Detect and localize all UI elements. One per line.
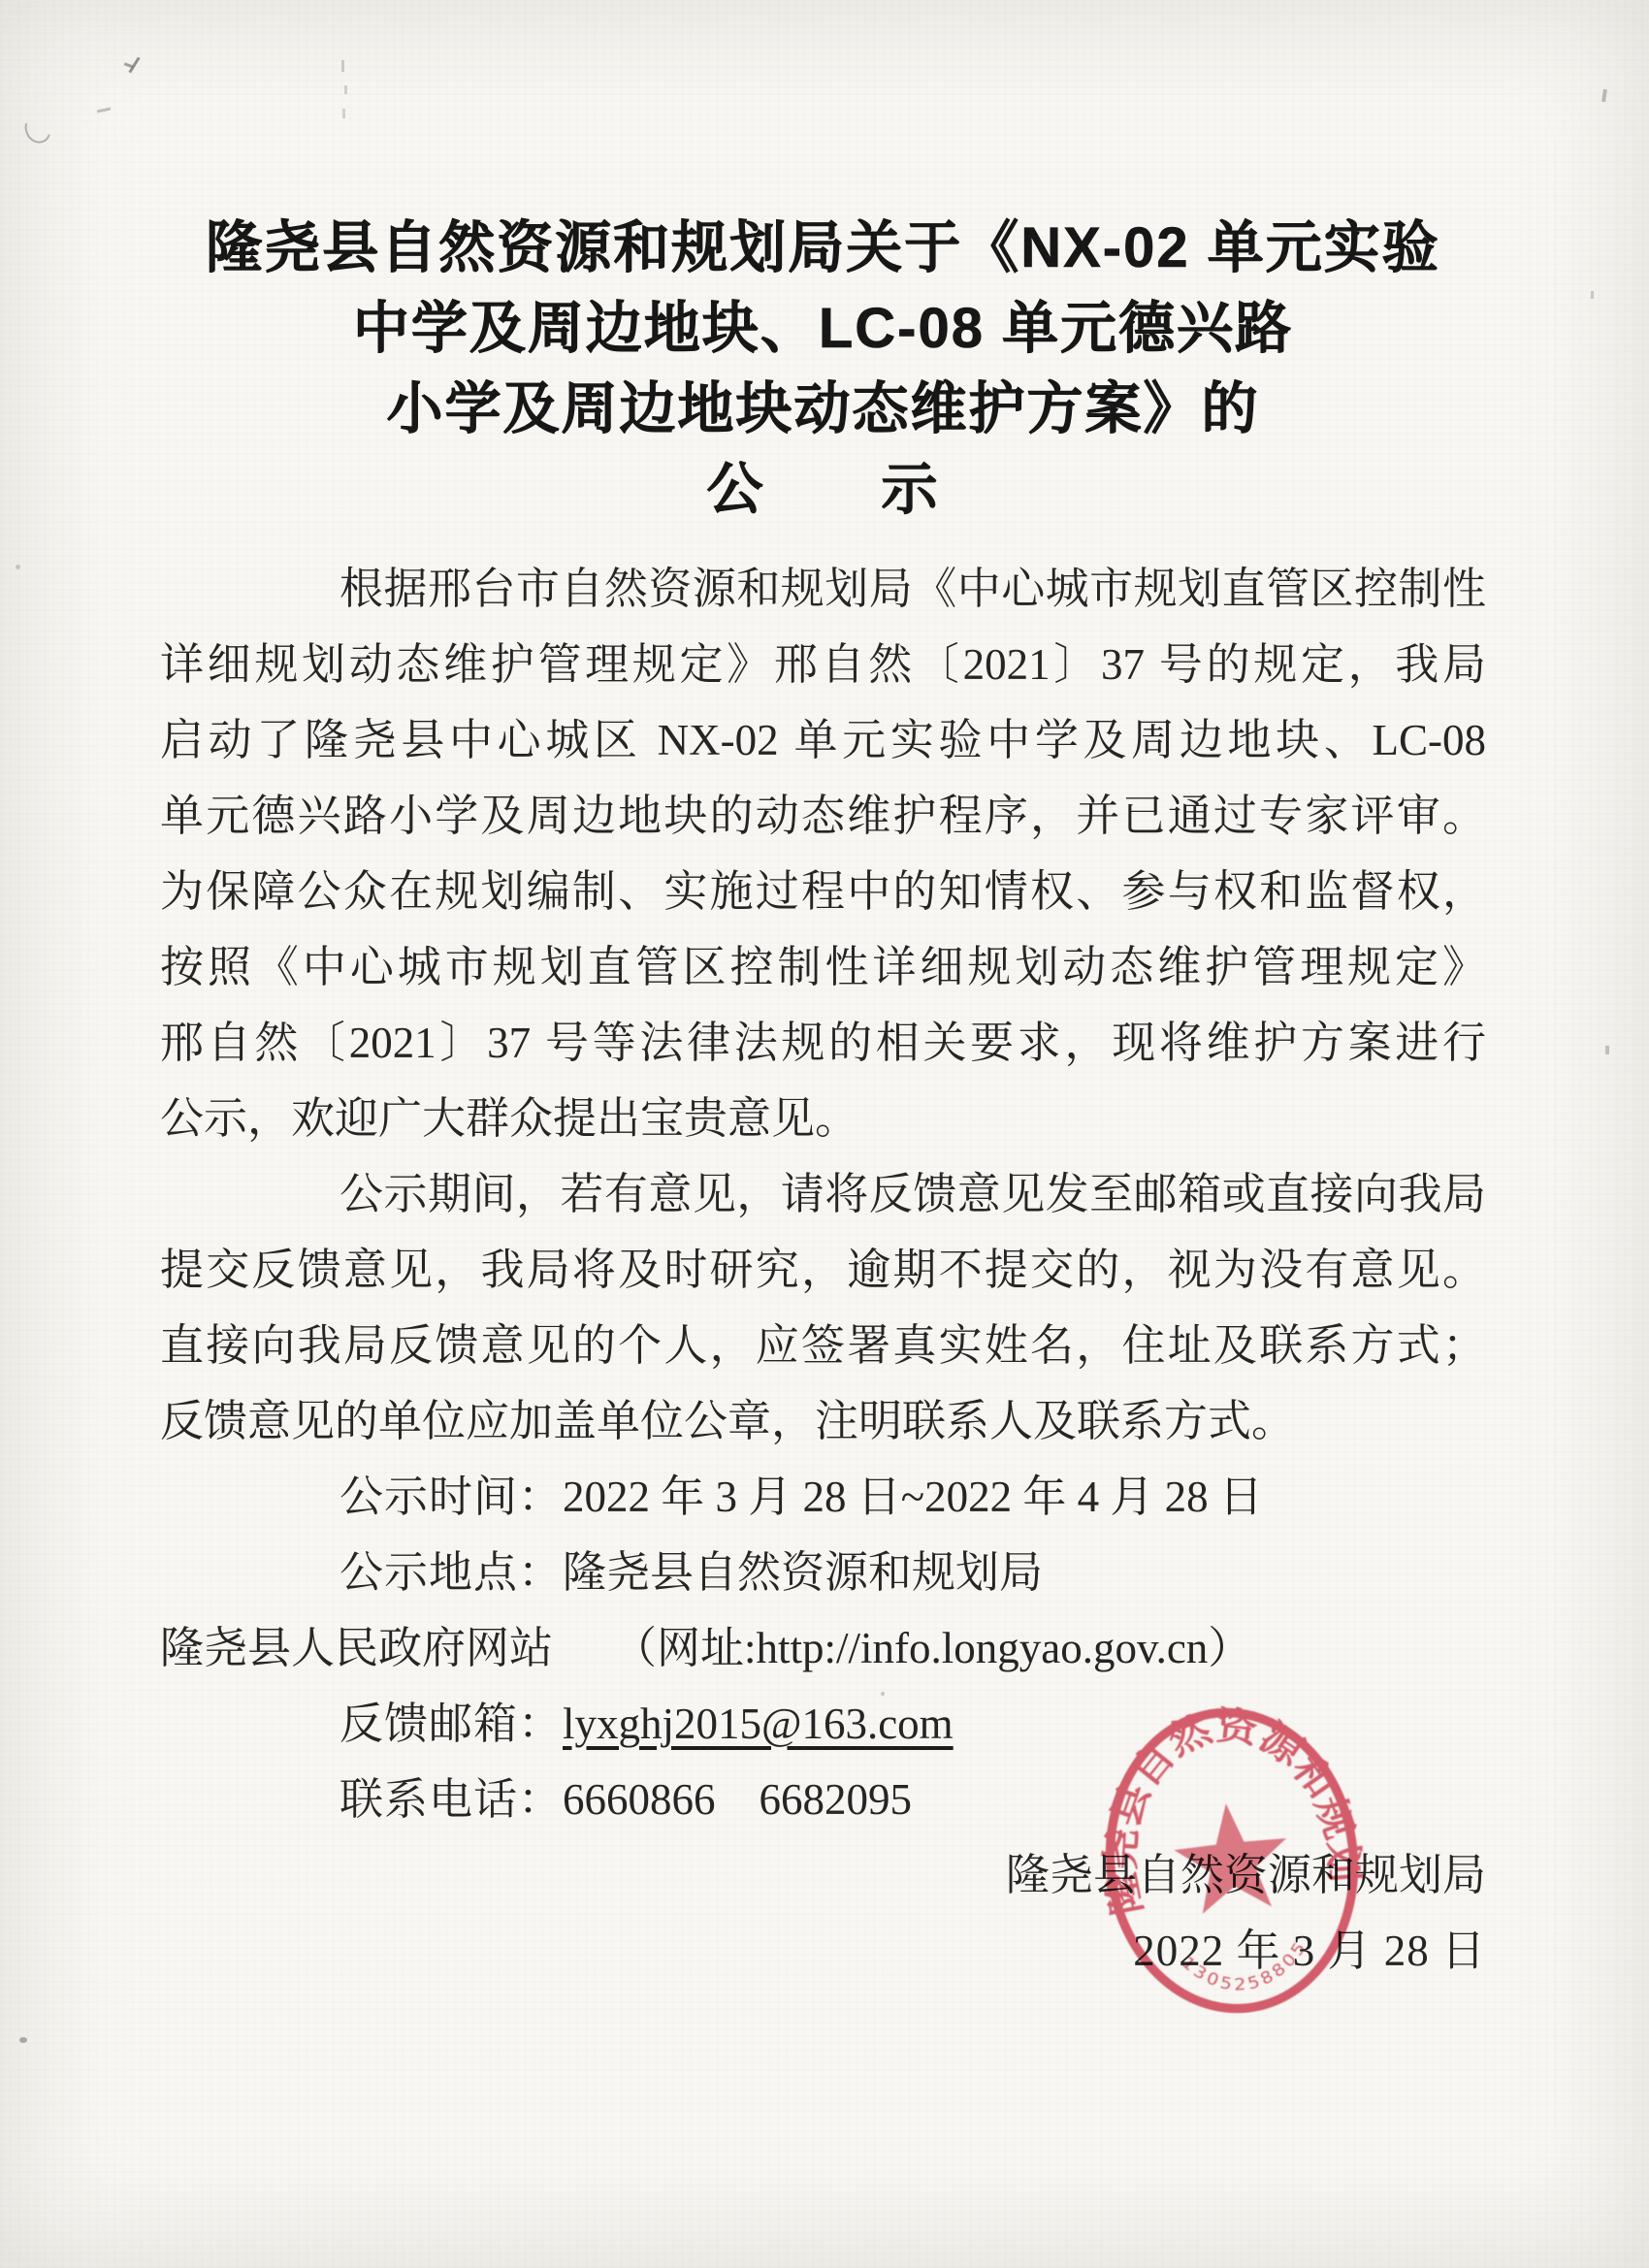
government-website-name: 隆尧县人民政府网站 [160, 1624, 553, 1672]
notice-document: 隆尧县自然资源和规划局关于《NX-02 单元实验 中学及周边地块、LC-08 单… [160, 0, 1486, 1989]
contact-phone-value: 6660866 6682095 [563, 1775, 912, 1824]
publicity-period-value: 2022 年 3 月 28 日~2022 年 4 月 28 日 [563, 1473, 1263, 1521]
body-line: 提交反馈意见，我局将及时研究，逾期不提交的，视为没有意见。 [160, 1232, 1486, 1308]
title-line-gongshi: 公 示 [160, 449, 1486, 530]
scan-speck [128, 57, 140, 74]
publicity-place-line: 公示地点：隆尧县自然资源和规划局 [160, 1535, 1486, 1610]
body-line: 单元德兴路小学及周边地块的动态维护程序，并已通过专家评审。 [160, 778, 1486, 854]
body-line: 公示，欢迎广大群众提出宝贵意见。 [160, 1081, 1486, 1156]
scan-speck [124, 62, 134, 68]
body-line: 公示期间，若有意见，请将反馈意见发至邮箱或直接向我局 [160, 1156, 1486, 1232]
body-line: 反馈意见的单位应加盖单位公章，注明联系人及联系方式。 [160, 1383, 1486, 1459]
scan-speck [97, 108, 111, 113]
publicity-place-label: 公示地点： [339, 1548, 563, 1597]
publicity-period-line: 公示时间：2022 年 3 月 28 日~2022 年 4 月 28 日 [160, 1459, 1486, 1535]
title-line-1: 隆尧县自然资源和规划局关于《NX-02 单元实验 [160, 208, 1486, 288]
body-line: 详细规划动态维护管理规定》邢自然〔2021〕37 号的规定，我局 [160, 627, 1486, 702]
scan-speck [19, 2037, 27, 2043]
feedback-email-label: 反馈邮箱： [339, 1700, 563, 1748]
government-website-url: （网址:http://info.longyao.gov.cn） [613, 1624, 1251, 1672]
official-seal: 隆尧县自然资源和规划局 1305258805427 [1082, 1686, 1381, 2034]
title-line-2: 中学及周边地块、LC-08 单元德兴路 [160, 288, 1486, 369]
feedback-email-value: lyxghj2015@163.com [563, 1700, 954, 1748]
body-line: 直接向我局反馈意见的个人，应签署真实姓名，住址及联系方式； [160, 1308, 1486, 1383]
body-line: 根据邢台市自然资源和规划局《中心城市规划直管区控制性 [160, 551, 1486, 627]
publicity-period-label: 公示时间： [339, 1473, 563, 1521]
body-line: 为保障公众在规划编制、实施过程中的知情权、参与权和监督权， [160, 854, 1486, 929]
contact-phone-label: 联系电话： [339, 1775, 563, 1824]
scan-speck [1601, 89, 1607, 102]
title-line-3: 小学及周边地块动态维护方案》的 [160, 369, 1486, 449]
body-line: 邢自然〔2021〕37 号等法律法规的相关要求，现将维护方案进行 [160, 1005, 1486, 1081]
body-line: 启动了隆尧县中心城区 NX-02 单元实验中学及周边地块、LC-08 [160, 702, 1486, 778]
scan-speck [16, 565, 20, 569]
body-line: 按照《中心城市规划直管区控制性详细规划动态维护管理规定》 [160, 929, 1486, 1005]
notice-title: 隆尧县自然资源和规划局关于《NX-02 单元实验 中学及周边地块、LC-08 单… [160, 208, 1486, 530]
scan-speck [1605, 1046, 1609, 1054]
government-website-line: 隆尧县人民政府网站（网址:http://info.longyao.gov.cn） [160, 1610, 1486, 1686]
scan-speck [1591, 291, 1594, 299]
document-page: 隆尧县自然资源和规划局关于《NX-02 单元实验 中学及周边地块、LC-08 单… [0, 0, 1649, 2268]
scan-speck [20, 111, 55, 147]
seal-star-icon [1170, 1798, 1293, 1916]
publicity-place-value: 隆尧县自然资源和规划局 [563, 1548, 1043, 1597]
